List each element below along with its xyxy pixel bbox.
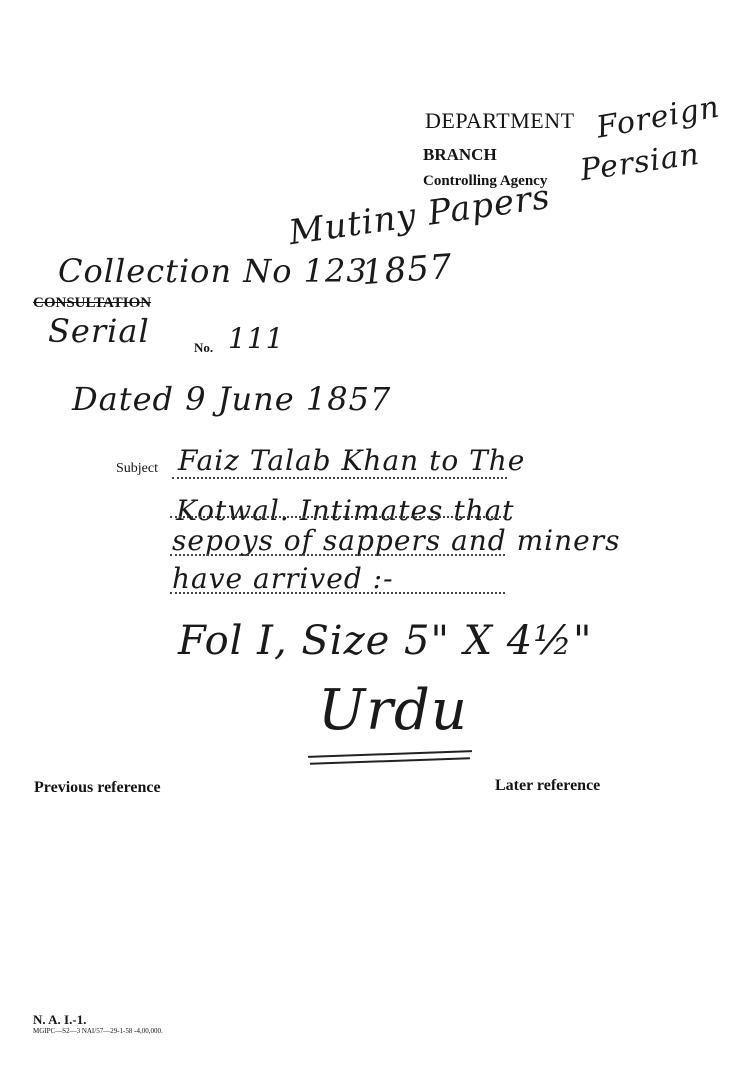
print-info: MGIPC—S2—3 NAI/57—29-1-58 -4,00,000.	[33, 1027, 163, 1035]
previous-reference-label: Previous reference	[34, 779, 161, 797]
serial-no-label: No.	[194, 340, 213, 356]
later-reference-label: Later reference	[495, 777, 600, 795]
consultation-label: CONSULTATION	[33, 295, 151, 312]
serial-number: 111	[228, 322, 284, 355]
subject-label: Subject	[116, 461, 158, 477]
subject-line-2: Kotwal. Intimates that	[176, 494, 515, 527]
form-id: N. A. I.-1.	[33, 1012, 86, 1028]
department-label: DEPARTMENT	[425, 108, 575, 134]
collection-number: Collection No 123	[58, 252, 368, 290]
language-underline	[310, 757, 470, 765]
department-value: Foreign	[594, 89, 723, 145]
collection-title: Mutiny Papers	[286, 177, 552, 253]
language-underline	[308, 750, 472, 758]
serial-handwritten-label: Serial	[48, 312, 150, 350]
subject-dotted-rule	[170, 553, 505, 556]
collection-year: 1857	[361, 247, 454, 293]
branch-value: Persian	[578, 137, 702, 188]
branch-label: BRANCH	[423, 145, 497, 165]
subject-line-1: Faiz Talab Khan to The	[178, 444, 525, 477]
subject-dotted-rule	[170, 591, 505, 594]
language: Urdu	[318, 678, 468, 743]
subject-dotted-rule	[172, 476, 507, 479]
folio-size: Fol I, Size 5" X 4½"	[178, 618, 592, 664]
subject-dotted-rule	[170, 515, 505, 518]
dated-line: Dated 9 June 1857	[72, 380, 391, 418]
